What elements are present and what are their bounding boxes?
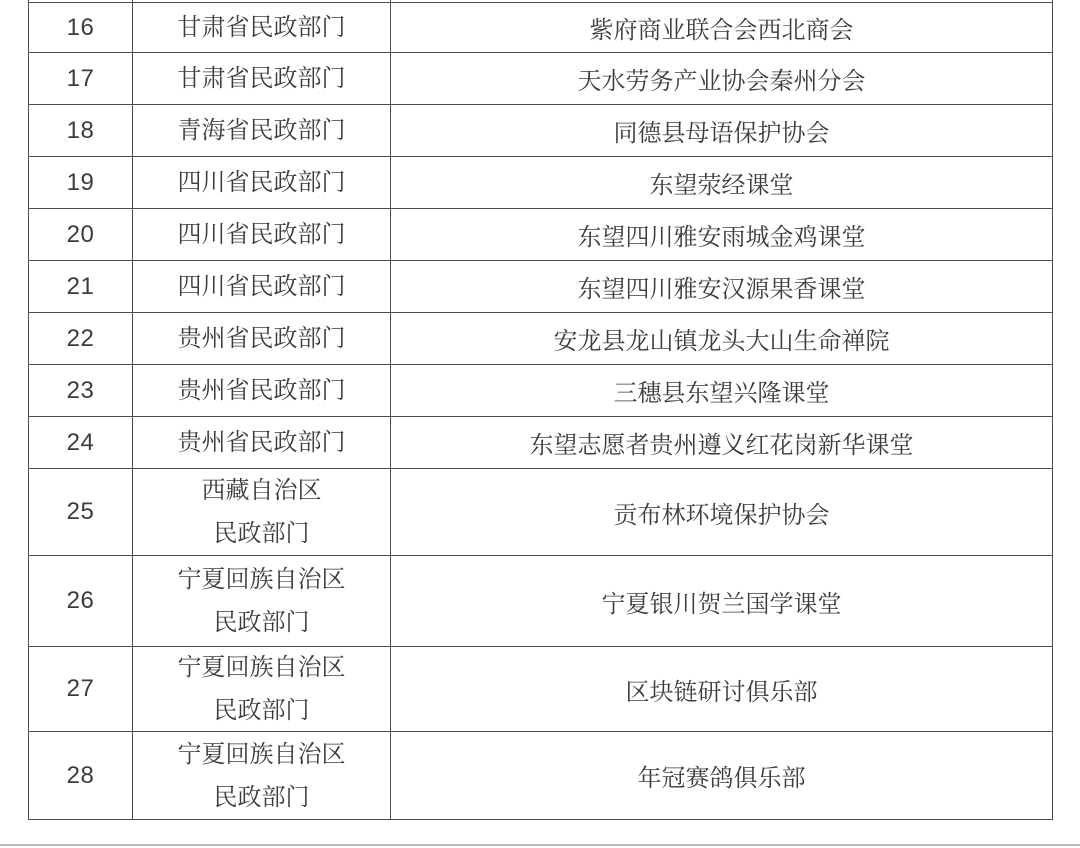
row-number-cell: 27 (29, 647, 133, 732)
page: 16甘肃省民政部门紫府商业联合会西北商会17甘肃省民政部门天水劳务产业协会秦州分… (0, 0, 1080, 848)
department-cell: 四川省民政部门 (133, 209, 391, 261)
organization-name-cell: 宁夏银川贺兰国学课堂 (391, 556, 1053, 647)
table-row: 20四川省民政部门东望四川雅安雨城金鸡课堂 (29, 209, 1053, 261)
organization-name-cell: 安龙县龙山镇龙头大山生命禅院 (391, 313, 1053, 365)
department-cell: 贵州省民政部门 (133, 417, 391, 469)
table-row: 17甘肃省民政部门天水劳务产业协会秦州分会 (29, 53, 1053, 105)
row-number-cell: 25 (29, 469, 133, 556)
department-line: 西藏自治区 (202, 469, 322, 512)
row-number-cell: 22 (29, 313, 133, 365)
department-cell: 四川省民政部门 (133, 157, 391, 209)
row-number-cell: 21 (29, 261, 133, 313)
department-cell: 贵州省民政部门 (133, 365, 391, 417)
department-line: 甘肃省民政部门 (178, 13, 346, 43)
department-cell: 宁夏回族自治区民政部门 (133, 732, 391, 820)
table-row: 27宁夏回族自治区民政部门区块链研讨俱乐部 (29, 647, 1053, 732)
organization-name-cell: 东望志愿者贵州遵义红花岗新华课堂 (391, 417, 1053, 469)
row-number-cell: 19 (29, 157, 133, 209)
row-number-cell: 16 (29, 3, 133, 53)
table-row: 16甘肃省民政部门紫府商业联合会西北商会 (29, 3, 1053, 53)
row-number-cell: 26 (29, 556, 133, 647)
table-row: 19四川省民政部门东望荥经课堂 (29, 157, 1053, 209)
table-row: 18青海省民政部门同德县母语保护协会 (29, 105, 1053, 157)
table-row: 26宁夏回族自治区民政部门宁夏银川贺兰国学课堂 (29, 556, 1053, 647)
department-line: 四川省民政部门 (178, 272, 346, 302)
organization-name-cell: 贡布林环境保护协会 (391, 469, 1053, 556)
organization-name-cell: 年冠赛鸽俱乐部 (391, 732, 1053, 820)
row-number-cell: 18 (29, 105, 133, 157)
department-line: 贵州省民政部门 (178, 428, 346, 458)
department-line: 民政部门 (214, 776, 310, 819)
department-cell: 四川省民政部门 (133, 261, 391, 313)
department-line: 宁夏回族自治区 (178, 558, 346, 601)
department-cell: 宁夏回族自治区民政部门 (133, 556, 391, 647)
department-cell: 甘肃省民政部门 (133, 53, 391, 105)
department-line: 贵州省民政部门 (178, 376, 346, 406)
department-cell: 宁夏回族自治区民政部门 (133, 647, 391, 732)
organization-name-cell: 紫府商业联合会西北商会 (391, 3, 1053, 53)
department-line: 四川省民政部门 (178, 168, 346, 198)
bottom-divider (0, 844, 1080, 846)
table-row: 28宁夏回族自治区民政部门年冠赛鸽俱乐部 (29, 732, 1053, 820)
organization-name-cell: 东望荥经课堂 (391, 157, 1053, 209)
department-line: 四川省民政部门 (178, 220, 346, 250)
organization-name-cell: 东望四川雅安雨城金鸡课堂 (391, 209, 1053, 261)
row-number-cell: 24 (29, 417, 133, 469)
department-line: 民政部门 (214, 601, 310, 644)
department-line: 民政部门 (214, 689, 310, 732)
department-line: 甘肃省民政部门 (178, 64, 346, 94)
department-cell: 青海省民政部门 (133, 105, 391, 157)
department-cell: 甘肃省民政部门 (133, 3, 391, 53)
row-number-cell: 23 (29, 365, 133, 417)
registry-table: 16甘肃省民政部门紫府商业联合会西北商会17甘肃省民政部门天水劳务产业协会秦州分… (28, 0, 1053, 820)
department-cell: 西藏自治区民政部门 (133, 469, 391, 556)
table-row: 25西藏自治区民政部门贡布林环境保护协会 (29, 469, 1053, 556)
row-number-cell: 17 (29, 53, 133, 105)
organization-name-cell: 天水劳务产业协会秦州分会 (391, 53, 1053, 105)
organization-name-cell: 三穗县东望兴隆课堂 (391, 365, 1053, 417)
table-row: 22贵州省民政部门安龙县龙山镇龙头大山生命禅院 (29, 313, 1053, 365)
department-line: 民政部门 (214, 512, 310, 555)
table-row: 23贵州省民政部门三穗县东望兴隆课堂 (29, 365, 1053, 417)
row-number-cell: 28 (29, 732, 133, 820)
department-line: 青海省民政部门 (178, 116, 346, 146)
organization-name-cell: 区块链研讨俱乐部 (391, 647, 1053, 732)
department-line: 宁夏回族自治区 (178, 647, 346, 689)
row-number-cell: 20 (29, 209, 133, 261)
department-line: 贵州省民政部门 (178, 324, 346, 354)
organization-name-cell: 东望四川雅安汉源果香课堂 (391, 261, 1053, 313)
organization-name-cell: 同德县母语保护协会 (391, 105, 1053, 157)
department-line: 宁夏回族自治区 (178, 733, 346, 776)
table-row: 21四川省民政部门东望四川雅安汉源果香课堂 (29, 261, 1053, 313)
table-row: 24贵州省民政部门东望志愿者贵州遵义红花岗新华课堂 (29, 417, 1053, 469)
department-cell: 贵州省民政部门 (133, 313, 391, 365)
